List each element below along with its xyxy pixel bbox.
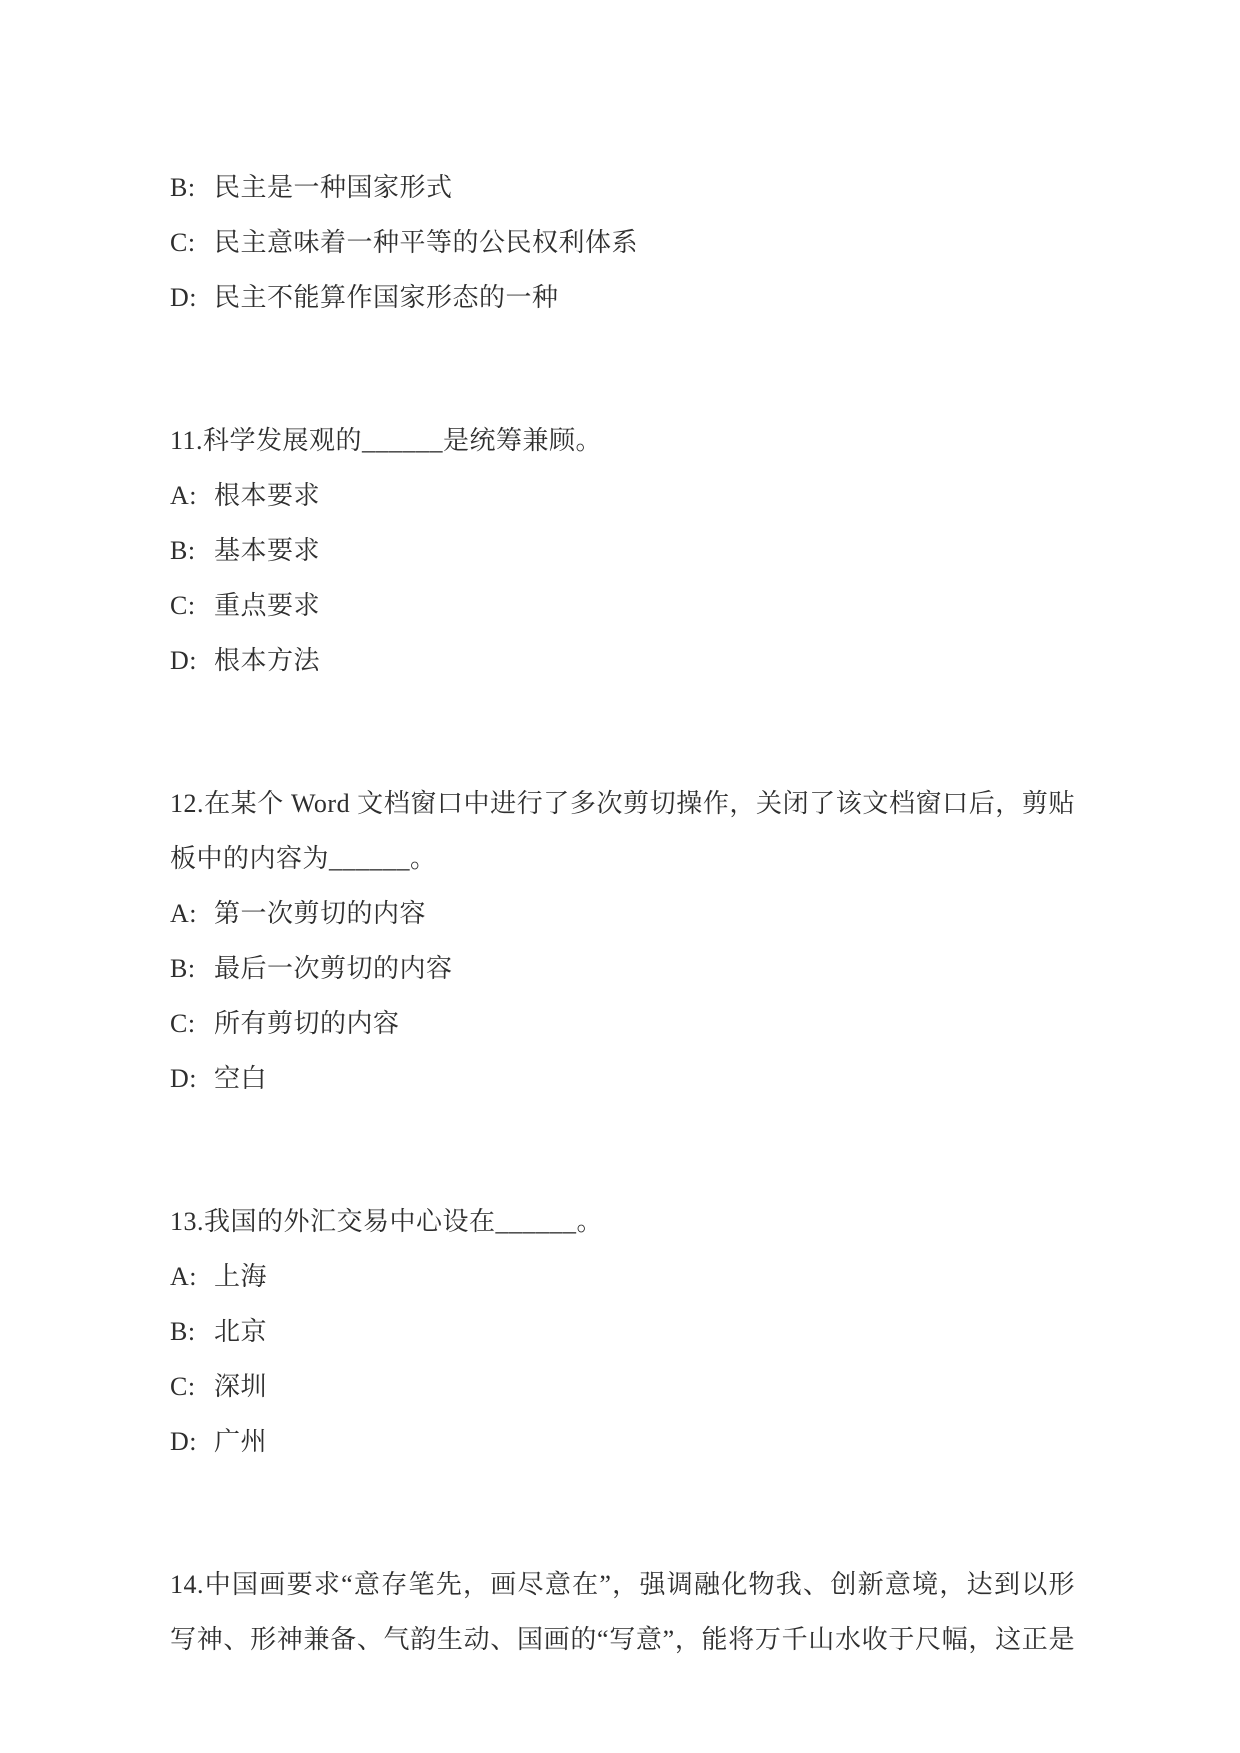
option-row: B:基本要求 <box>170 523 1075 578</box>
question-stem-line: 写神、形神兼备、气韵生动、国画的“写意”，能将万千山水收于尺幅，这正是 <box>170 1612 1075 1667</box>
option-text: 最后一次剪切的内容 <box>214 954 453 983</box>
exam-document-page: B:民主是一种国家形式 C:民主意味着一种平等的公民权利体系 D:民主不能算作国… <box>0 0 1240 1753</box>
option-text: 广州 <box>214 1427 267 1456</box>
question-block-14: 14.中国画要求“意存笔先，画尽意在”，强调融化物我、创新意境，达到以形 写神、… <box>170 1557 1075 1667</box>
option-label: B: <box>170 941 198 996</box>
option-text: 根本方法 <box>214 646 320 675</box>
option-row: C:深圳 <box>170 1359 1075 1414</box>
option-row: B:最后一次剪切的内容 <box>170 941 1075 996</box>
option-text: 第一次剪切的内容 <box>214 899 426 928</box>
option-label: C: <box>170 1359 198 1414</box>
question-block-13: 13.我国的外汇交易中心设在______。 A:上海 B:北京 C:深圳 D:广… <box>170 1194 1075 1469</box>
option-row: A:根本要求 <box>170 468 1075 523</box>
option-row: C:所有剪切的内容 <box>170 996 1075 1051</box>
option-label: D: <box>170 1414 198 1469</box>
option-text: 基本要求 <box>214 536 320 565</box>
option-row: D:根本方法 <box>170 633 1075 688</box>
option-label: A: <box>170 886 198 941</box>
option-label: A: <box>170 468 198 523</box>
option-label: C: <box>170 996 198 1051</box>
option-label: D: <box>170 1051 198 1106</box>
option-label: D: <box>170 270 198 325</box>
option-label: D: <box>170 633 198 688</box>
option-row: D:空白 <box>170 1051 1075 1106</box>
option-label: B: <box>170 160 198 215</box>
option-text: 深圳 <box>214 1372 267 1401</box>
option-label: C: <box>170 578 198 633</box>
question-block-11: 11.科学发展观的______是统筹兼顾。 A:根本要求 B:基本要求 C:重点… <box>170 413 1075 688</box>
option-text: 上海 <box>214 1262 267 1291</box>
option-label: B: <box>170 523 198 578</box>
option-row: D:广州 <box>170 1414 1075 1469</box>
option-row: A:第一次剪切的内容 <box>170 886 1075 941</box>
option-text: 所有剪切的内容 <box>214 1009 400 1038</box>
option-text: 北京 <box>214 1317 267 1346</box>
exam-content-column: B:民主是一种国家形式 C:民主意味着一种平等的公民权利体系 D:民主不能算作国… <box>170 160 1075 1667</box>
option-label: B: <box>170 1304 198 1359</box>
option-row: D:民主不能算作国家形态的一种 <box>170 270 1075 325</box>
option-row: C:重点要求 <box>170 578 1075 633</box>
question-stem-line: 13.我国的外汇交易中心设在______。 <box>170 1194 1075 1249</box>
option-row: C:民主意味着一种平等的公民权利体系 <box>170 215 1075 270</box>
option-text: 重点要求 <box>214 591 320 620</box>
question-stem-line: 12.在某个 Word 文档窗口中进行了多次剪切操作，关闭了该文档窗口后，剪贴 <box>170 776 1075 831</box>
option-text: 根本要求 <box>214 481 320 510</box>
option-text: 空白 <box>214 1064 267 1093</box>
question-block-12: 12.在某个 Word 文档窗口中进行了多次剪切操作，关闭了该文档窗口后，剪贴 … <box>170 776 1075 1106</box>
question-stem-line: 板中的内容为______。 <box>170 831 1075 886</box>
option-text: 民主不能算作国家形态的一种 <box>214 283 559 312</box>
option-text: 民主是一种国家形式 <box>214 173 453 202</box>
option-row: B:北京 <box>170 1304 1075 1359</box>
question-block-10: B:民主是一种国家形式 C:民主意味着一种平等的公民权利体系 D:民主不能算作国… <box>170 160 1075 325</box>
option-label: C: <box>170 215 198 270</box>
option-row: B:民主是一种国家形式 <box>170 160 1075 215</box>
option-label: A: <box>170 1249 198 1304</box>
option-text: 民主意味着一种平等的公民权利体系 <box>214 228 638 257</box>
question-stem-line: 11.科学发展观的______是统筹兼顾。 <box>170 413 1075 468</box>
option-row: A:上海 <box>170 1249 1075 1304</box>
question-stem-line: 14.中国画要求“意存笔先，画尽意在”，强调融化物我、创新意境，达到以形 <box>170 1557 1075 1612</box>
